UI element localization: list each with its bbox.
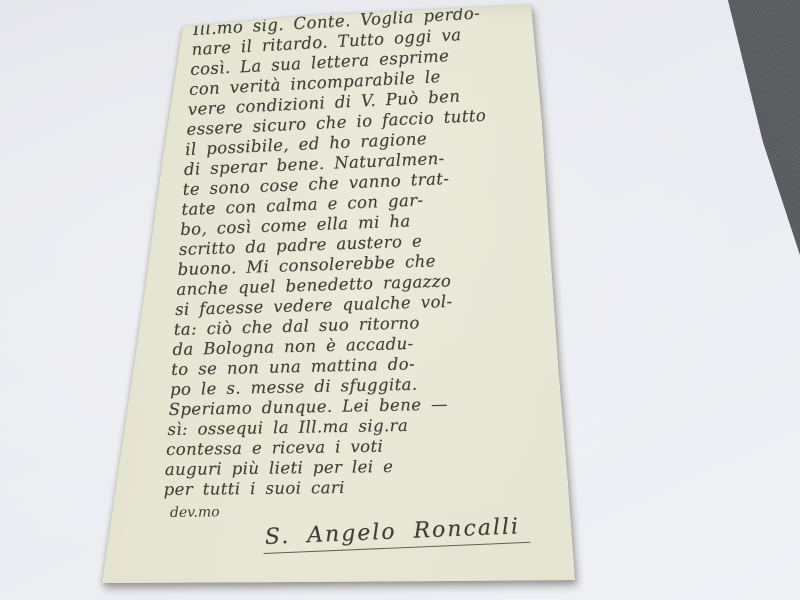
letter-paper-shadow: Ill.mo sig. Conte. Voglia perdo-nare il … — [0, 0, 800, 600]
photo-scene: Ill.mo sig. Conte. Voglia perdo-nare il … — [0, 0, 800, 600]
letter-paper: Ill.mo sig. Conte. Voglia perdo-nare il … — [0, 0, 800, 600]
letter-line: per tutti i suoi cari — [163, 475, 563, 500]
handwritten-text: Ill.mo sig. Conte. Voglia perdo-nare il … — [193, 20, 593, 554]
letter-lines: Ill.mo sig. Conte. Voglia perdo-nare il … — [193, 20, 593, 500]
